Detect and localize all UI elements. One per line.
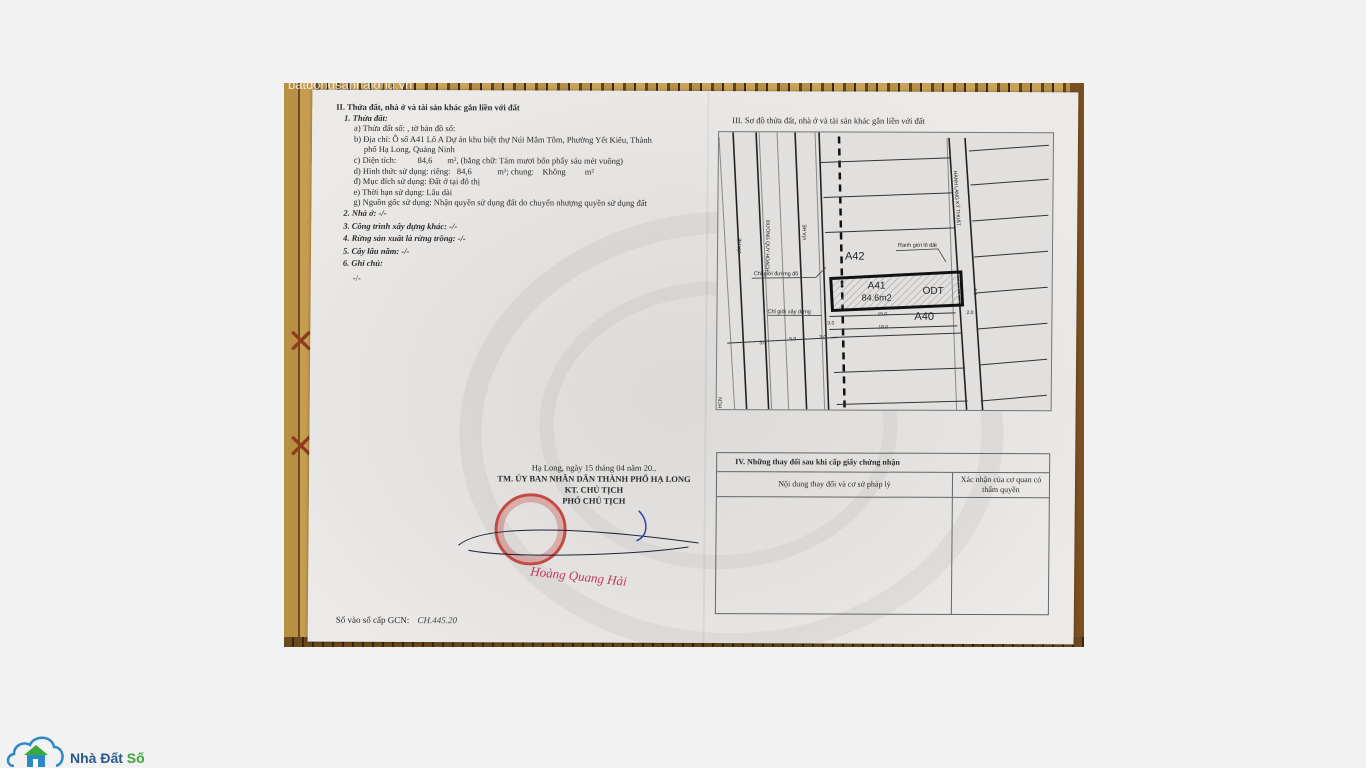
changes-cell-confirmation — [952, 498, 1049, 615]
dim-label: 2.0 — [966, 310, 973, 316]
changes-col-confirmation: Xác nhận của cơ quan có thẩm quyền — [953, 473, 1049, 497]
gcn-label: Số vào sổ cấp GCN: — [336, 615, 410, 625]
cloud-house-icon — [6, 733, 66, 767]
signature-scribble — [448, 500, 719, 561]
signer-role-1: KT. CHỦ TỊCH — [479, 484, 709, 496]
plot-use-label: ODT — [923, 286, 944, 297]
section-iii-title: III. Sơ đồ thửa đất, nhà ở và tài sản kh… — [732, 115, 925, 126]
boundary-label: Ranh giới lô đất — [898, 243, 937, 249]
item-perennial: 5. Cây lâu năm: -/- — [335, 245, 695, 257]
road-edge-label: Chỉ giới đường đỏ — [754, 270, 799, 277]
plot-a40-label: A40 — [914, 311, 934, 323]
road-label: ĐƯỜNG QUY HOẠCH — [764, 220, 771, 272]
dim-label: 15.0 — [877, 312, 887, 318]
note-value: -/- — [335, 273, 695, 285]
item-other-construction: 3. Công trình xây dựng khác: -/- — [335, 220, 695, 232]
corner-label: HCN — [718, 397, 724, 408]
certificate-page: II. Thửa đất, nhà ở và tài sản khác gắn … — [308, 90, 1079, 645]
land-line: c) Diện tích: 84,6 m², (bằng chữ: Tám mư… — [336, 155, 696, 167]
issuing-authority: TM. ỦY BAN NHÂN DÂN THÀNH PHỐ HẠ LONG — [479, 473, 709, 485]
dim-label: 18.0 — [878, 325, 888, 331]
logo-name-accent: Số — [127, 750, 145, 766]
changes-col-content: Nội dung thay đổi và cơ sở pháp lý — [717, 472, 953, 497]
via-he-right-label: VỈA HÈ — [801, 224, 808, 241]
item-note: 6. Ghi chú: — [335, 258, 695, 270]
via-he-left-label: VỈA HÈ — [736, 237, 743, 254]
gcn-value: CH.445.20 — [417, 615, 457, 625]
land-line: g) Nguồn gốc sử dụng: Nhận quyền sử dụng… — [335, 197, 695, 209]
dim-label: 4.7 — [972, 288, 978, 295]
item-house: 2. Nhà ở: -/- — [335, 208, 695, 220]
plot-a42-label: A42 — [845, 251, 865, 263]
item-forest: 4. Rừng sản xuất là rừng trồng: -/- — [335, 233, 695, 245]
gcn-number: Số vào sổ cấp GCN: CH.445.20 — [336, 615, 457, 625]
building-line-label: Chỉ giới xây dựng — [767, 308, 810, 315]
changes-cell-content — [716, 497, 953, 615]
section-ii-title: II. Thửa đất, nhà ở và tài sản khác gắn … — [336, 102, 696, 114]
date-line: Hạ Long, ngày 15 tháng 04 năm 20.. — [479, 462, 709, 474]
section-iv-title: IV. Những thay đổi sau khi cấp giấy chứn… — [717, 453, 1049, 473]
dim-label: 5.0 — [789, 336, 796, 342]
plot-area-label: 84.6m2 — [862, 293, 892, 303]
logo-text: Nhà Đất Số — [70, 750, 145, 766]
dim-label: 3.0 — [819, 334, 826, 340]
section-ii: II. Thửa đất, nhà ở và tài sản khác gắn … — [335, 102, 697, 285]
dim-label: 3.0 — [827, 320, 834, 326]
dim-label: 3.0 — [759, 340, 766, 346]
plot-a41-label: A41 — [868, 281, 886, 292]
plot-map: A41 84.6m2 ODT A42 A40 Ranh giới lô đất … — [716, 131, 1054, 411]
changes-table: IV. Những thay đổi sau khi cấp giấy chứn… — [715, 452, 1050, 615]
logo-name-main: Nhà Đất — [70, 750, 127, 766]
certificate-photo: ✕ ✕ batdongsanhalong.vn II. Thửa đất, nh… — [284, 83, 1084, 647]
plot-map-drawing: A41 84.6m2 ODT A42 A40 Ranh giới lô đất … — [717, 132, 1053, 410]
site-logo[interactable]: Nhà Đất Số — [6, 733, 145, 767]
